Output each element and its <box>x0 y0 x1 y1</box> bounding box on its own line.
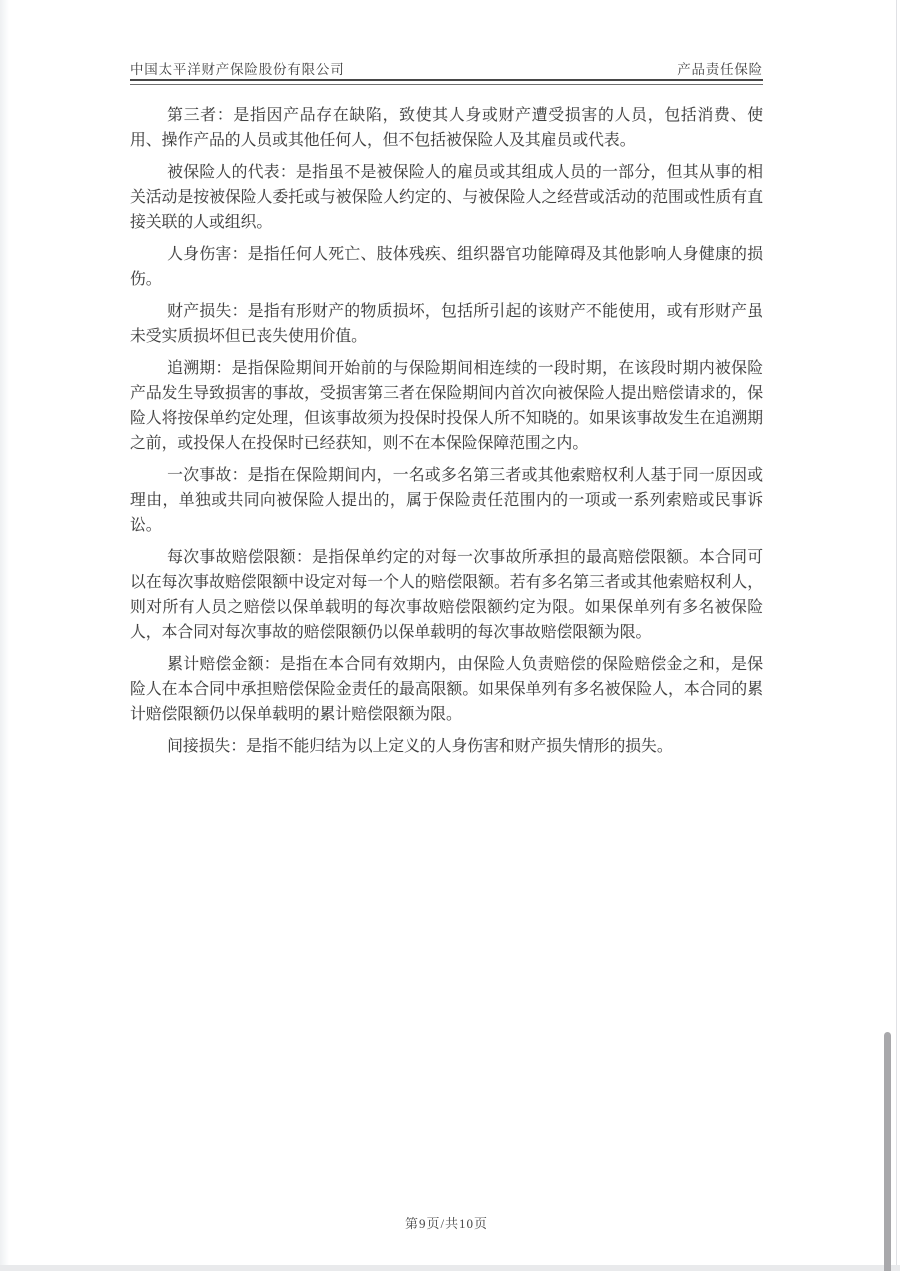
paragraph-aggregate-compensation: 累计赔偿金额：是指在本合同有效期内，由保险人负责赔偿的保险赔偿金之和，是保险人在… <box>130 652 763 727</box>
paragraph-third-party: 第三者：是指因产品存在缺陷，致使其人身或财产遭受损害的人员，包括消费、使用、操作… <box>130 103 763 153</box>
paragraph-indirect-loss: 间接损失：是指不能归结为以上定义的人身伤害和财产损失情形的损失。 <box>130 734 763 759</box>
paragraph-per-occurrence-limit: 每次事故赔偿限额：是指保单约定的对每一次事故所承担的最高赔偿限额。本合同可以在每… <box>130 545 763 645</box>
page-number-indicator: 第9页/共10页 <box>405 1216 488 1231</box>
scrollbar-thumb[interactable] <box>884 1032 891 1271</box>
paragraph-insured-representative: 被保险人的代表：是指虽不是被保险人的雇员或其组成人员的一部分，但其从事的相关活动… <box>130 160 763 235</box>
document-footer: 第9页/共10页 <box>130 1213 763 1232</box>
paragraph-property-loss: 财产损失：是指有形财产的物质损坏，包括所引起的该财产不能使用，或有形财产虽未受实… <box>130 299 763 349</box>
paragraph-retroactive-period: 追溯期：是指保险期间开始前的与保险期间相连续的一段时期，在该段时期内被保险产品发… <box>130 356 763 456</box>
paragraph-one-occurrence: 一次事故：是指在保险期间内，一名或多名第三者或其他索赔权利人基于同一原因或理由，… <box>130 463 763 538</box>
page-right-edge <box>896 0 897 1271</box>
page-bottom-edge <box>0 1265 900 1271</box>
document-body: 第三者：是指因产品存在缺陷，致使其人身或财产遭受损害的人员，包括消费、使用、操作… <box>130 103 763 766</box>
page-left-edge <box>0 0 9 1271</box>
header-product-name: 产品责任保险 <box>677 58 763 78</box>
paragraph-bodily-injury: 人身伤害：是指任何人死亡、肢体残疾、组织器官功能障碍及其他影响人身健康的损伤。 <box>130 242 763 292</box>
header-company-name: 中国太平洋财产保险股份有限公司 <box>130 58 345 78</box>
header-double-rule <box>130 79 763 85</box>
document-header: 中国太平洋财产保险股份有限公司 产品责任保险 <box>130 58 763 78</box>
